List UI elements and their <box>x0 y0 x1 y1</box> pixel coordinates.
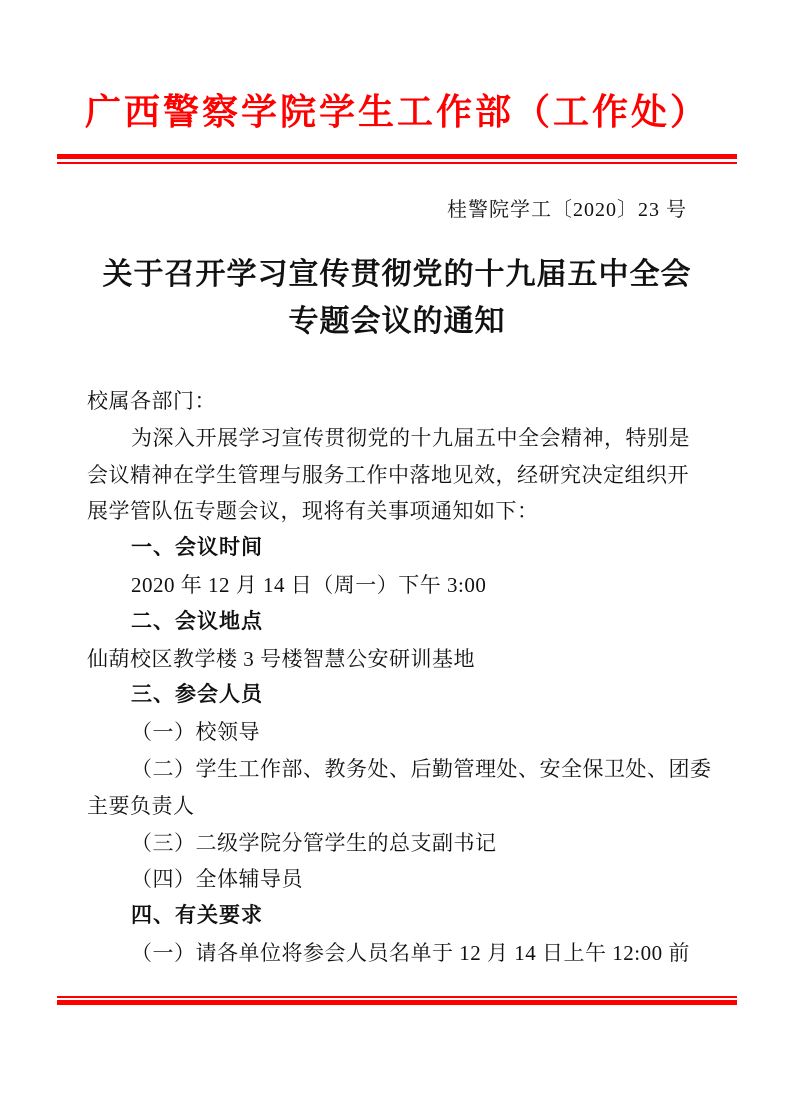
body-line: （一）请各单位将参会人员名单于 12 月 14 日上午 12:00 前 <box>87 935 710 972</box>
body-line: 会议精神在学生管理与服务工作中落地见效，经研究决定组织开 <box>87 457 710 494</box>
body-line: 仙葫校区教学楼 3 号楼智慧公安研训基地 <box>87 641 710 678</box>
red-separator-bottom-thick <box>57 1000 737 1005</box>
doc-title-line2: 专题会议的通知 <box>57 298 737 345</box>
doc-title-line1: 关于召开学习宣传贯彻党的十九届五中全会 <box>57 251 737 298</box>
masthead-org-title: 广西警察学院学生工作部（工作处） <box>57 0 737 140</box>
body-line: 2020 年 12 月 14 日（周一）下午 3:00 <box>87 567 710 604</box>
body-line: （四）全体辅导员 <box>87 861 710 898</box>
body-line: 三、参会人员 <box>87 677 710 714</box>
body-line: 一、会议时间 <box>87 530 710 567</box>
body-line: （一）校领导 <box>87 714 710 751</box>
body-line: 校属各部门： <box>87 383 710 420</box>
red-separator-bottom-thin <box>57 996 737 998</box>
body-line: 二、会议地点 <box>87 604 710 641</box>
body-line: 为深入开展学习宣传贯彻党的十九届五中全会精神，特别是 <box>87 420 710 457</box>
body-line: 主要负责人 <box>87 788 710 825</box>
document-content: 广西警察学院学生工作部（工作处） 桂警院学工〔2020〕23 号 关于召开学习宣… <box>0 0 794 1005</box>
body-line: 四、有关要求 <box>87 898 710 935</box>
red-separator-top-thin <box>57 162 737 164</box>
red-separator-top-thick <box>57 154 737 159</box>
body-line: （二）学生工作部、教务处、后勤管理处、安全保卫处、团委 <box>87 751 710 788</box>
body-line: （三）二级学院分管学生的总支副书记 <box>87 825 710 862</box>
document-body: 校属各部门：为深入开展学习宣传贯彻党的十九届五中全会精神，特别是会议精神在学生管… <box>57 383 737 972</box>
doc-number: 桂警院学工〔2020〕23 号 <box>57 195 737 225</box>
doc-title: 关于召开学习宣传贯彻党的十九届五中全会 专题会议的通知 <box>57 251 737 345</box>
body-line: 展学管队伍专题会议，现将有关事项通知如下： <box>87 493 710 530</box>
document-page: 广西警察学院学生工作部（工作处） 桂警院学工〔2020〕23 号 关于召开学习宣… <box>0 0 794 1108</box>
